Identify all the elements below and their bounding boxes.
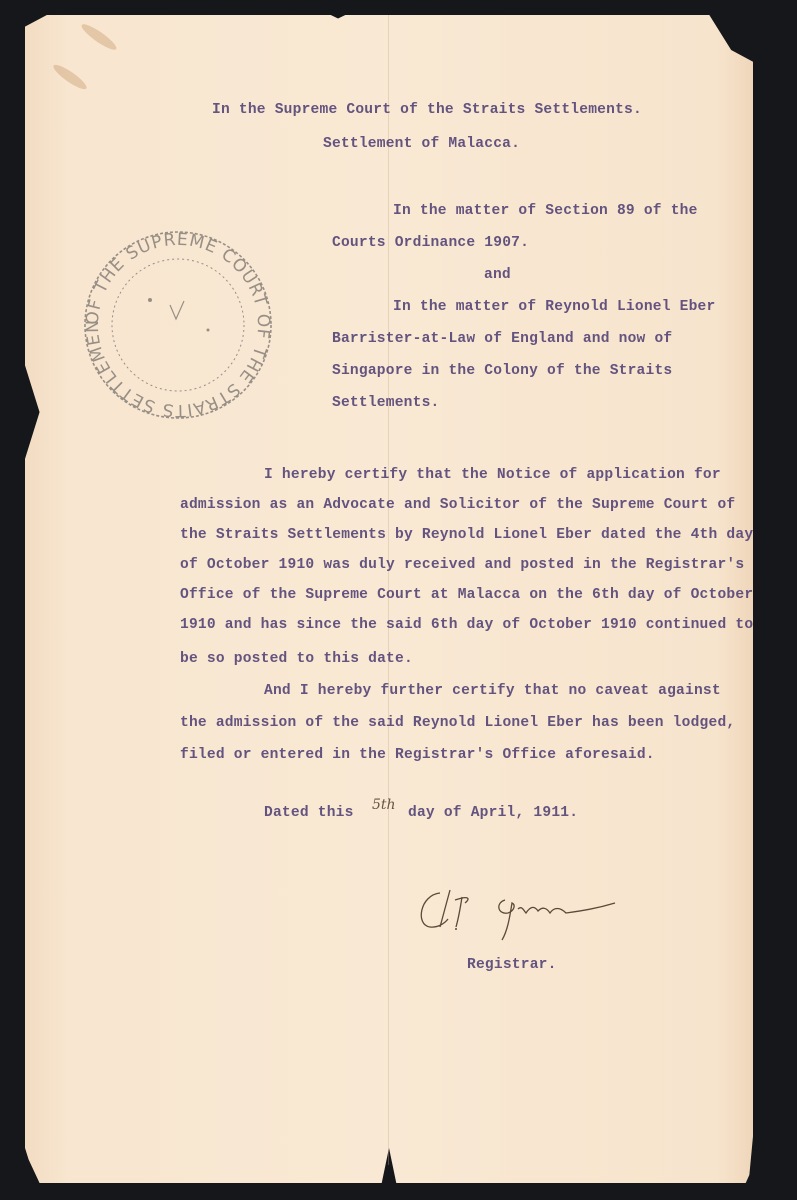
certify-paragraph-line: the Straits Settlements by Reynold Lione… [180,527,753,543]
further-certify-line: And I hereby further certify that no cav… [264,683,721,699]
dated-prefix: Dated this [264,805,354,821]
court-heading: In the Supreme Court of the Straits Sett… [212,102,642,118]
further-certify-line: the admission of the said Reynold Lionel… [180,715,735,731]
matter-line: Courts Ordinance 1907. [332,235,529,251]
certify-paragraph-line: I hereby certify that the Notice of appl… [264,467,721,483]
matter-line: Barrister-at-Law of England and now of [332,331,672,347]
certify-paragraph-line: Office of the Supreme Court at Malacca o… [180,587,753,603]
registrar-signature [410,885,630,945]
certify-paragraph-line: 1910 and has since the said 6th day of O… [180,617,753,633]
matter-line: Settlements. [332,395,440,411]
matter-line: In the matter of Section 89 of the [393,203,698,219]
dated-suffix: day of April, 1911. [408,805,578,821]
matter-line: Singapore in the Colony of the Straits [332,363,672,379]
matter-conjunction: and [484,267,511,283]
certify-paragraph-line: of October 1910 was duly received and po… [180,557,744,573]
court-seal-stamp: OF THE SUPREME COURT OF THE STRAITS SETT… [78,230,278,420]
registrar-title: Registrar. [467,957,557,973]
matter-line: In the matter of Reynold Lionel Eber [393,299,715,315]
further-certify-line: filed or entered in the Registrar's Offi… [180,747,655,763]
certify-paragraph-line: be so posted to this date. [180,651,413,667]
certify-paragraph-line: admission as an Advocate and Solicitor o… [180,497,735,513]
settlement-heading: Settlement of Malacca. [323,136,520,152]
handwritten-day: 5th [372,797,396,813]
